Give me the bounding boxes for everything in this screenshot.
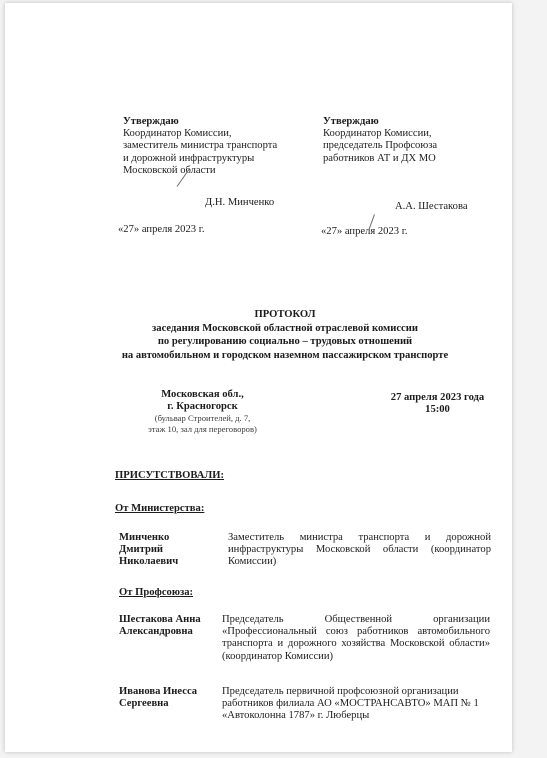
name-line: Николаевич bbox=[119, 556, 219, 568]
name-line: Шестакова Анна bbox=[119, 614, 224, 626]
approval-line: работников АТ и ДХ МО bbox=[323, 153, 508, 165]
name-line: Александровна bbox=[119, 626, 224, 638]
approval-block-right: Утверждаю Координатор Комиссии, председа… bbox=[323, 116, 508, 165]
meeting-time: 15:00 bbox=[380, 404, 495, 416]
attendee-name: Минченко Дмитрий Николаевич bbox=[119, 532, 219, 569]
location-line: г. Красногорск bbox=[125, 401, 280, 413]
attendee-name: Шестакова Анна Александровна bbox=[119, 614, 224, 638]
attendee-name: Иванова Инесса Сергеевна bbox=[119, 686, 224, 710]
title-line: заседания Московской областной отраслево… bbox=[65, 322, 505, 336]
address-line: этаж 10, зал для переговоров) bbox=[125, 424, 280, 435]
location-line: Московская обл., bbox=[125, 389, 280, 401]
name-line: Дмитрий bbox=[119, 544, 219, 556]
approval-line: председатель Профсоюза bbox=[323, 140, 508, 152]
title-line: на автомобильном и городском наземном па… bbox=[65, 349, 505, 363]
name-line: Минченко bbox=[119, 532, 219, 544]
attendee-role: Председатель Общественной организации «П… bbox=[222, 614, 490, 663]
document-page: Утверждаю Координатор Комиссии, заместит… bbox=[5, 3, 512, 752]
signatory-right: А.А. Шестакова bbox=[395, 201, 468, 213]
approval-block-left: Утверждаю Координатор Комиссии, заместит… bbox=[123, 116, 323, 177]
document-title: ПРОТОКОЛ заседания Московской областной … bbox=[65, 308, 505, 362]
name-line: Иванова Инесса bbox=[119, 686, 224, 698]
approval-line: и дорожной инфраструктуры bbox=[123, 153, 323, 165]
name-line: Сергеевна bbox=[119, 698, 224, 710]
title-line: по регулированию социально – трудовых от… bbox=[65, 335, 505, 349]
approval-date-right: «27» апреля 2023 г. bbox=[321, 226, 408, 238]
attendee-role: Заместитель министра транспорта и дорожн… bbox=[228, 532, 491, 569]
meeting-location: Московская обл., г. Красногорск (бульвар… bbox=[125, 389, 280, 434]
group-label-union: От Профсоюза: bbox=[119, 587, 193, 599]
group-label-ministry: От Министерства: bbox=[115, 503, 204, 515]
signatory-left: Д.Н. Минченко bbox=[205, 197, 274, 209]
address-line: (бульвар Строителей, д. 7, bbox=[125, 413, 280, 424]
attendee-role: Председатель первичной профсоюзной орган… bbox=[222, 686, 494, 723]
meeting-date: 27 апреля 2023 года bbox=[380, 392, 495, 404]
approval-line: Координатор Комиссии, bbox=[323, 128, 508, 140]
title-main: ПРОТОКОЛ bbox=[65, 308, 505, 322]
approval-date-left: «27» апреля 2023 г. bbox=[118, 224, 205, 236]
approval-line: Координатор Комиссии, bbox=[123, 128, 323, 140]
approval-heading: Утверждаю bbox=[123, 116, 323, 128]
meeting-datetime: 27 апреля 2023 года 15:00 bbox=[380, 392, 495, 416]
approval-line: заместитель министра транспорта bbox=[123, 140, 323, 152]
attendees-heading: ПРИСУТСТВОВАЛИ: bbox=[115, 470, 224, 482]
approval-line: Московской области bbox=[123, 165, 323, 177]
approval-heading: Утверждаю bbox=[323, 116, 508, 128]
